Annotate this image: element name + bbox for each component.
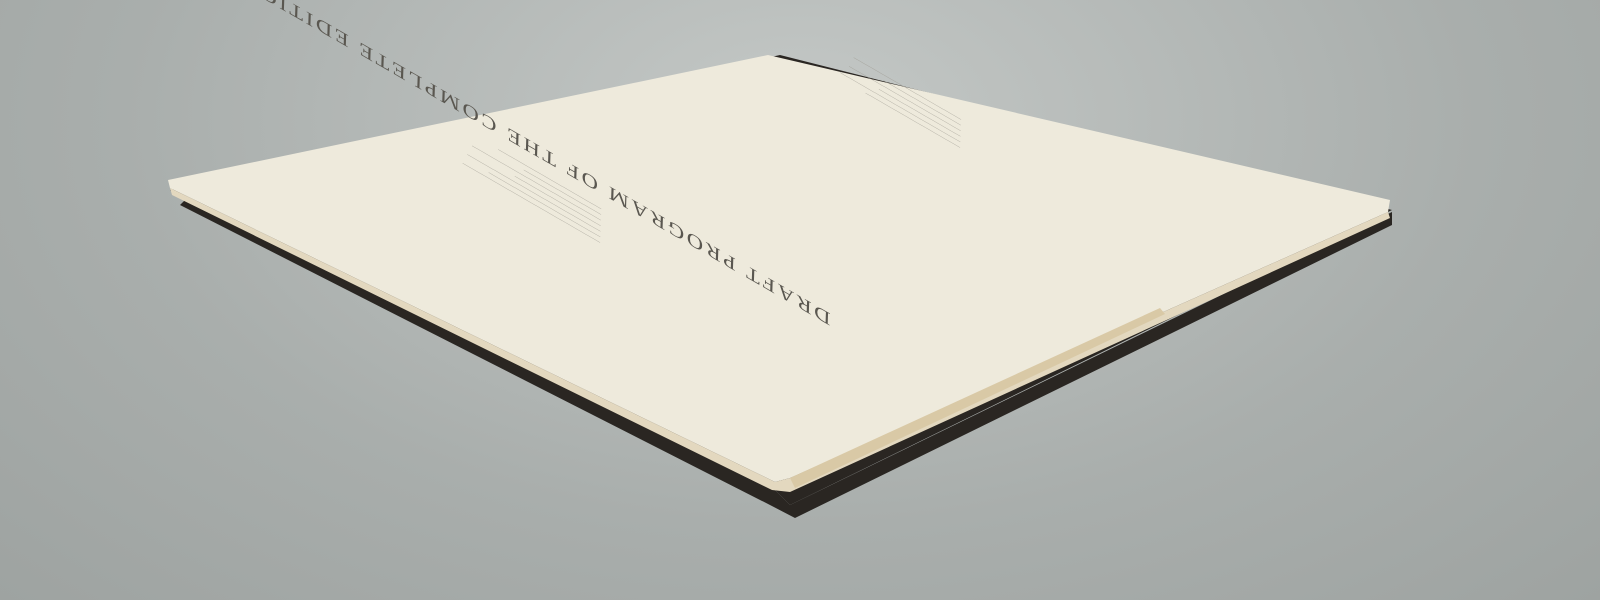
insert-sheet xyxy=(168,55,1390,482)
